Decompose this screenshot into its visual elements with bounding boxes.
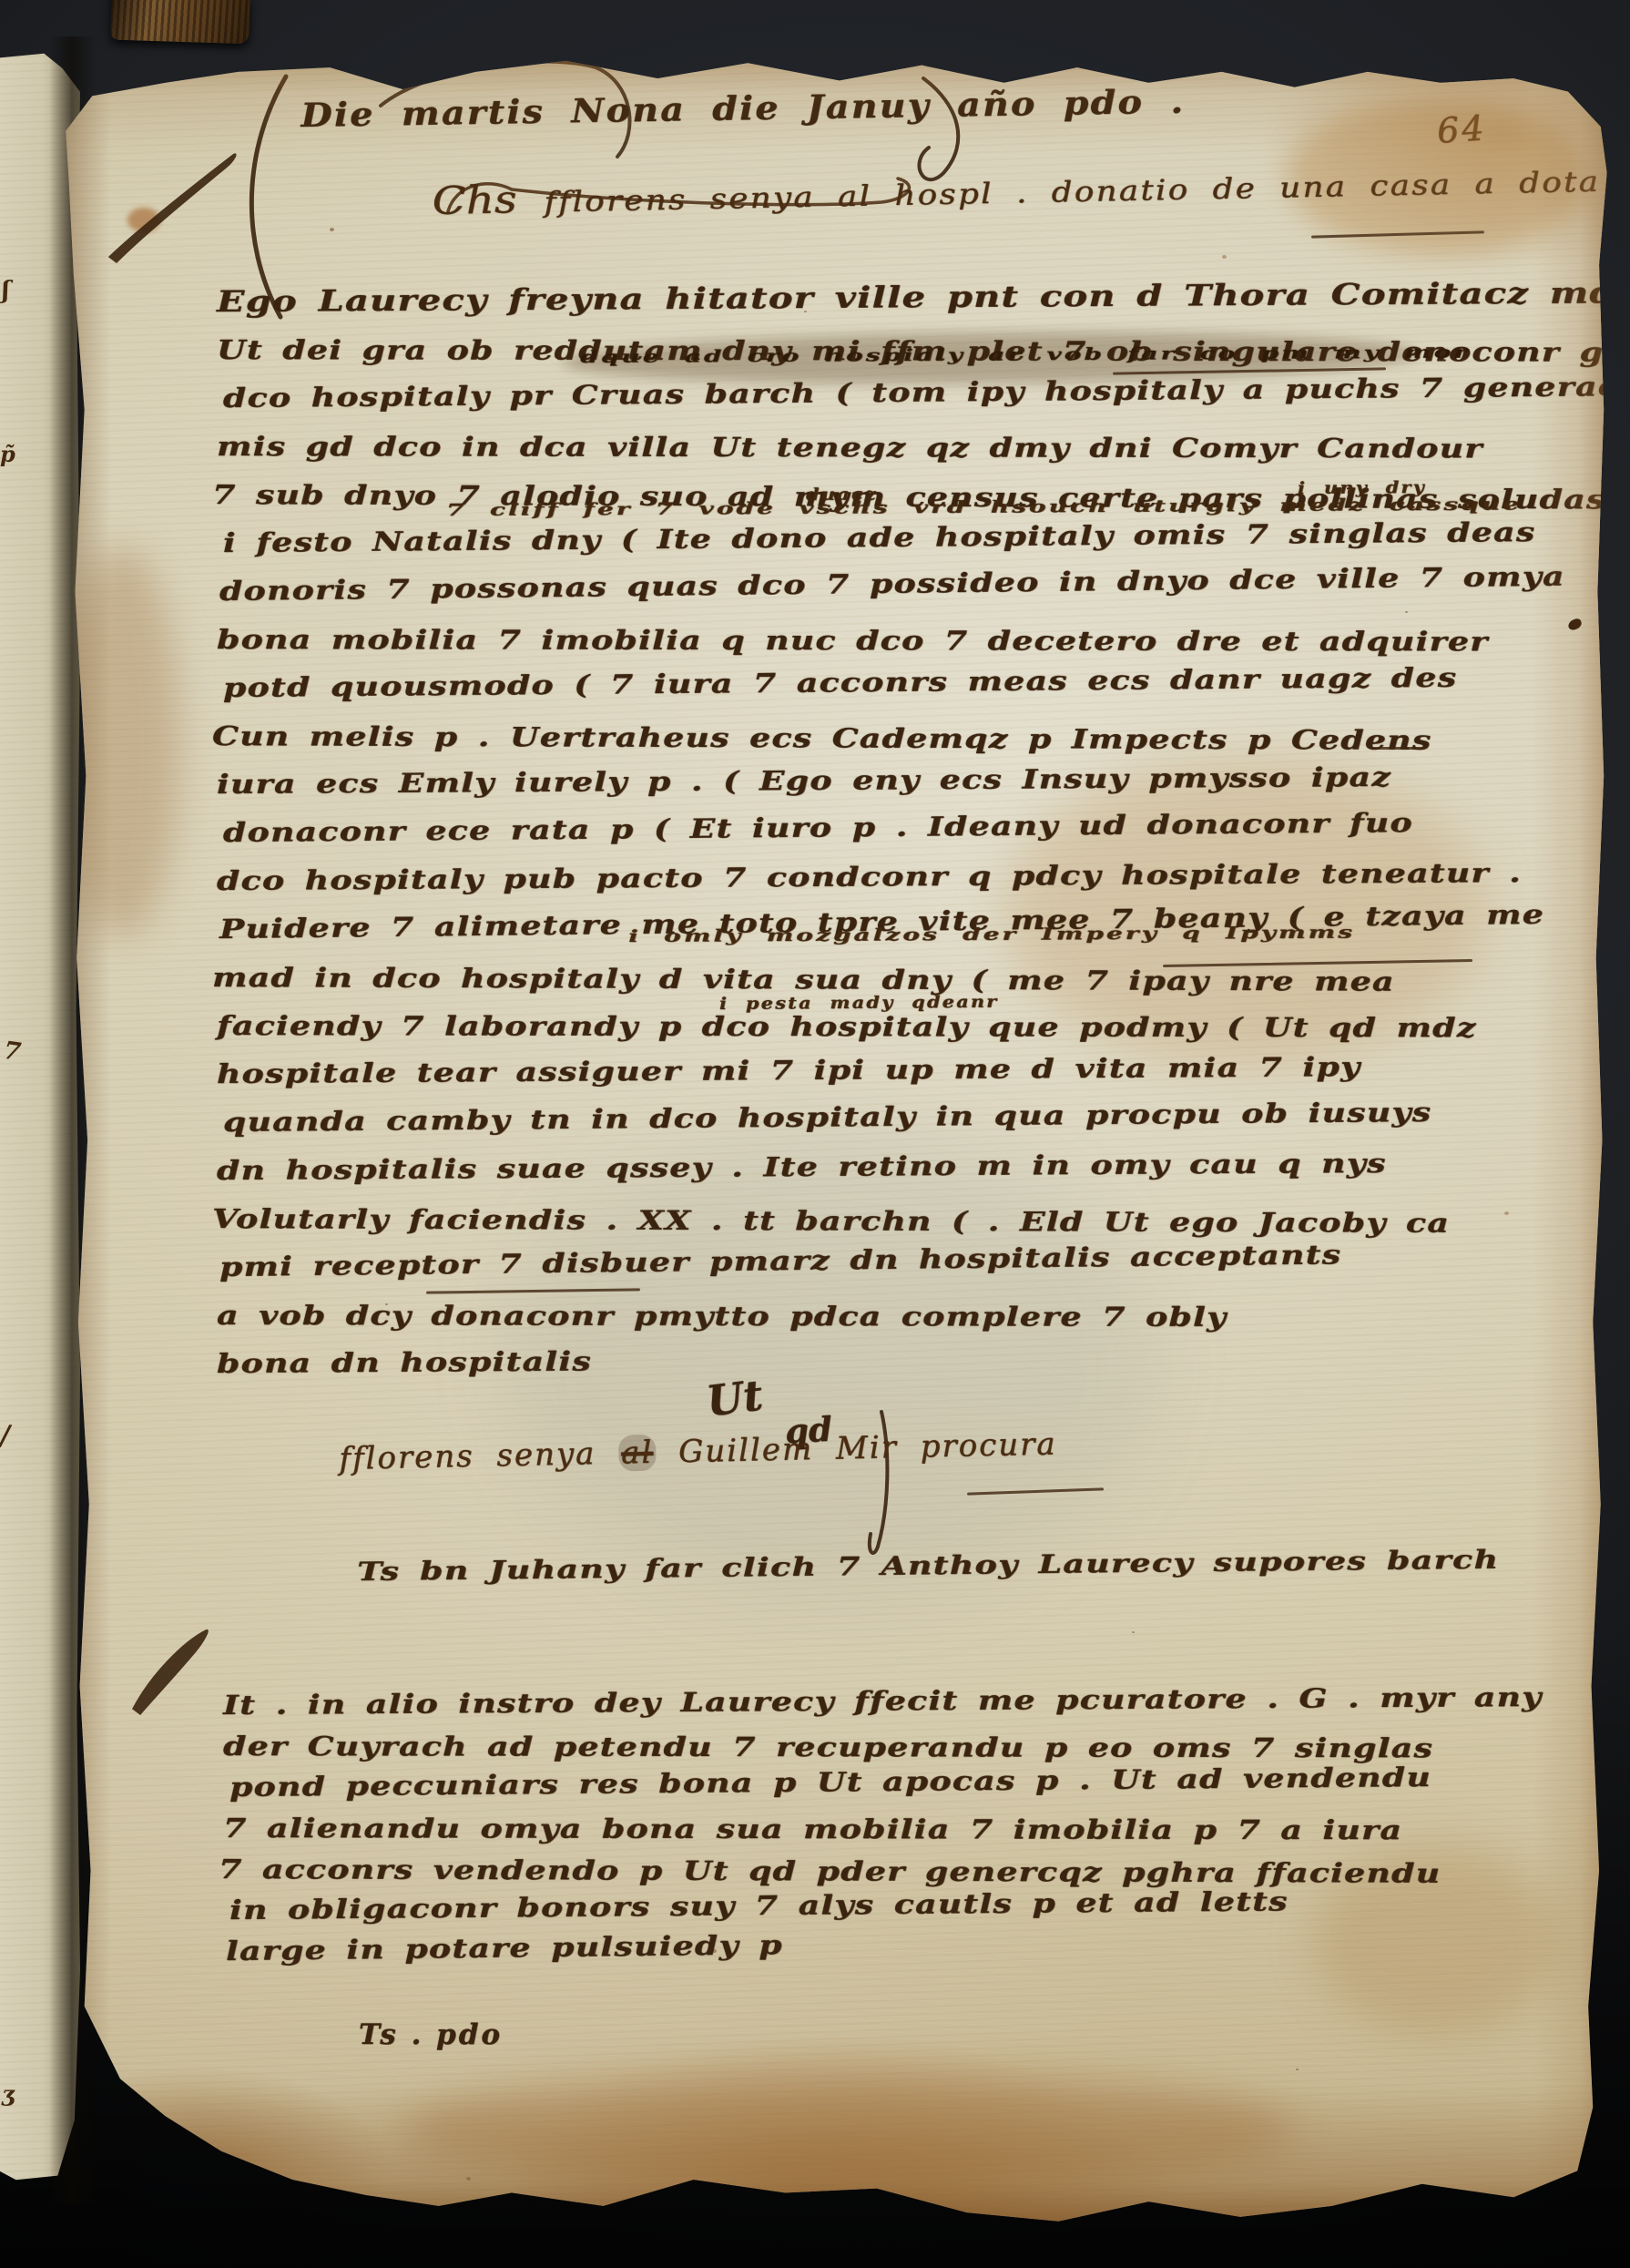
- margin-mark: /: [0, 1420, 10, 1452]
- entry1-start-slash: [109, 154, 236, 262]
- manuscript-line: dn hospitalis suae qssey . Ite retino m …: [217, 1138, 1630, 1195]
- margin-mark: 7: [2, 1037, 23, 1067]
- rubric-monogram: Chs: [432, 177, 545, 223]
- manuscript-photo-scene: ʃ p̃ 7 / ʒ 64 Die martis Nona die Januy …: [0, 0, 1630, 2268]
- manuscript-line: Ego Laurecy freyna hitator ville pnt con…: [217, 269, 1630, 326]
- manuscript-line: bona dn hospitalis: [217, 1331, 1630, 1388]
- entry1-rubric-text: fflorens senya al hospl . donatio de una…: [544, 166, 1601, 220]
- entry1-rubric: Chsfflorens senya al hospl . donatio de …: [432, 156, 1601, 223]
- witness-line: Ts bn Juhany far clich 7 Anthoy Laurecy …: [357, 1542, 1500, 1590]
- interlinear-insertion: i omly mozgalzos der Impery q Ipymms: [628, 924, 1355, 946]
- entry2-rubric: fflorens senya al Guillem Mir procura: [339, 1425, 1057, 1477]
- entry2-closing: Ts . pdo: [359, 2018, 503, 2051]
- entry2-text-block: It . in alio instro dey Laurecy ffecit m…: [223, 1685, 1279, 1972]
- interlinear-insertion: i pesta mady qdeanr: [719, 993, 999, 1014]
- margin-mark: ʃ: [2, 277, 10, 304]
- manuscript-line: 7 alienandu omya bona sua mobilia 7 imob…: [223, 1808, 1543, 1851]
- entry-dateline: Die martis Nona die Januy año pdo .: [301, 83, 1186, 135]
- entry1-text-block: Ego Laurecy freyna hitator ville pnt con…: [217, 278, 1395, 1388]
- rust-spot: [127, 208, 160, 232]
- margin-mark: ʒ: [2, 2080, 15, 2107]
- entry2-rubric-post: Guillem Mir procura: [678, 1425, 1057, 1470]
- manuscript-line: It . in alio instro dey Laurecy ffecit m…: [223, 1677, 1543, 1726]
- struck-out-word: al: [618, 1435, 657, 1472]
- manuscript-page: 64 Die martis Nona die Januy año pdo . C…: [56, 46, 1610, 2239]
- underline-dash: [1311, 230, 1484, 238]
- entry1-closing-mark: Ut: [704, 1370, 765, 1425]
- rubric2-underline-dash: [967, 1487, 1104, 1495]
- paper-specks: [330, 228, 334, 231]
- binding-strap: [110, 0, 250, 44]
- entry2-start-slash: [133, 1630, 208, 1714]
- stain-bottom: [402, 2068, 1295, 2191]
- margin-mark: p̃: [0, 441, 15, 467]
- folio-number: 64: [1436, 107, 1488, 151]
- underline-dash: [1371, 747, 1424, 750]
- manuscript-line: mis gd dco in dca villa Ut tenegz qz dmy…: [217, 423, 1630, 474]
- entry2-rubric-pre: fflorens senya: [339, 1435, 596, 1477]
